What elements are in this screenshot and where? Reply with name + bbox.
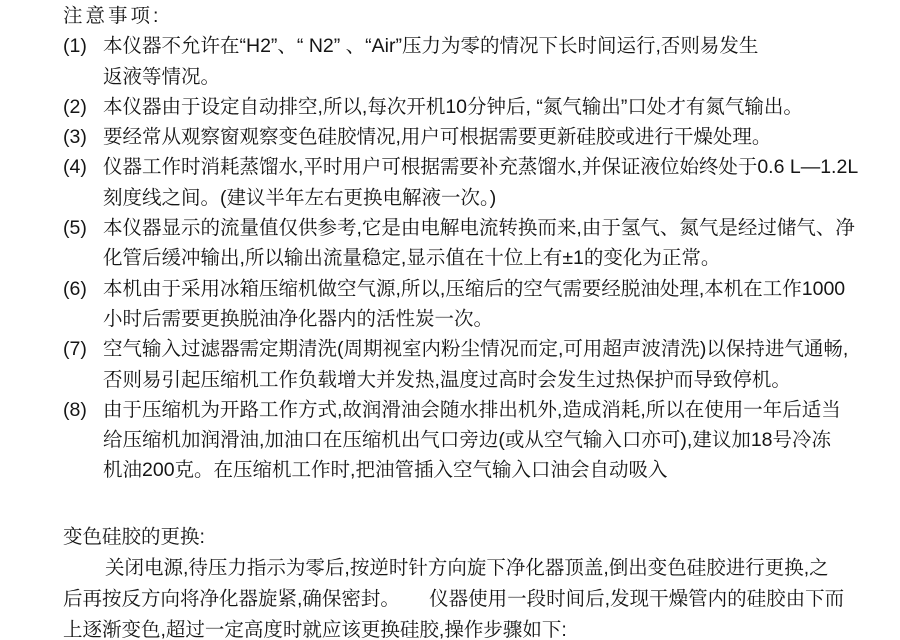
note-item-1: (1)本仪器不允许在“H2”、“ N2” 、“Air”压力为零的情况下长时间运行…: [63, 31, 864, 92]
silica-paragraph-line: 后再按反方向将净化器旋紧,确保密封。 仪器使用一段时间后,发现干燥管内的硅胶由下…: [63, 584, 864, 615]
notes-title: 注意事项:: [63, 1, 864, 31]
note-item-4: (4)仪器工作时消耗蒸馏水,平时用户可根据需要补充蒸馏水,并保证液位始终处于0.…: [63, 152, 864, 213]
note-item-line: (2)本仪器由于设定自动排空,所以,每次开机10分钟后, “氮气输出”口处才有氮…: [63, 92, 864, 122]
note-item-line: (1)本仪器不允许在“H2”、“ N2” 、“Air”压力为零的情况下长时间运行…: [63, 31, 864, 61]
document-page: 注意事项: (1)本仪器不允许在“H2”、“ N2” 、“Air”压力为零的情况…: [0, 0, 900, 640]
note-item-text: 空气输入过滤器需定期清洗(周期视室内粉尘情况而定,可用超声波清洗)以保持进气通畅…: [103, 338, 848, 360]
silica-text: 上逐渐变色,超过一定高度时就应该更换硅胶,操作步骤如下:: [63, 619, 567, 640]
note-item-line: 否则易引起压缩机工作负载增大并发热,温度过高时会发生过热保护而导致停机。: [63, 365, 864, 395]
note-item-7: (7)空气输入过滤器需定期清洗(周期视室内粉尘情况而定,可用超声波清洗)以保持进…: [63, 334, 864, 395]
note-item-number: (5): [63, 213, 103, 243]
note-item-text: 由于压缩机为开路工作方式,故润滑油会随水排出机外,造成消耗,所以在使用一年后适当: [103, 399, 841, 421]
silica-title: 变色硅胶的更换:: [63, 522, 864, 553]
silica-paragraph-line: 上逐渐变色,超过一定高度时就应该更换硅胶,操作步骤如下:: [63, 615, 864, 640]
note-item-text: 否则易引起压缩机工作负载增大并发热,温度过高时会发生过热保护而导致停机。: [103, 369, 791, 391]
note-item-text: 刻度线之间。(建议半年左右更换电解液一次。): [103, 187, 496, 209]
note-item-2: (2)本仪器由于设定自动排空,所以,每次开机10分钟后, “氮气输出”口处才有氮…: [63, 92, 864, 122]
note-item-8: (8)由于压缩机为开路工作方式,故润滑油会随水排出机外,造成消耗,所以在使用一年…: [63, 395, 864, 486]
note-item-line: 返液等情况。: [63, 62, 864, 92]
note-item-6: (6)本机由于采用冰箱压缩机做空气源,所以,压缩后的空气需要经脱油处理,本机在工…: [63, 274, 864, 335]
note-item-line: (4)仪器工作时消耗蒸馏水,平时用户可根据需要补充蒸馏水,并保证液位始终处于0.…: [63, 152, 864, 182]
note-item-text: 化管后缓冲输出,所以输出流量稳定,显示值在十位上有±1的变化为正常。: [103, 247, 720, 269]
note-item-line: (6)本机由于采用冰箱压缩机做空气源,所以,压缩后的空气需要经脱油处理,本机在工…: [63, 274, 864, 304]
note-item-number: (2): [63, 92, 103, 122]
note-item-text: 要经常从观察窗观察变色硅胶情况,用户可根据需要更新硅胶或进行干燥处理。: [103, 126, 771, 148]
note-item-text: 本仪器由于设定自动排空,所以,每次开机10分钟后, “氮气输出”口处才有氮气输出…: [103, 96, 803, 118]
note-item-line: 刻度线之间。(建议半年左右更换电解液一次。): [63, 183, 864, 213]
note-item-number: (7): [63, 334, 103, 364]
note-item-number: (4): [63, 152, 103, 182]
note-item-line: (7)空气输入过滤器需定期清洗(周期视室内粉尘情况而定,可用超声波清洗)以保持进…: [63, 334, 864, 364]
note-item-line: (8)由于压缩机为开路工作方式,故润滑油会随水排出机外,造成消耗,所以在使用一年…: [63, 395, 864, 425]
silica-section: 变色硅胶的更换: 关闭电源,待压力指示为零后,按逆时针方向旋下净化器顶盖,倒出变…: [63, 522, 864, 640]
note-item-3: (3)要经常从观察窗观察变色硅胶情况,用户可根据需要更新硅胶或进行干燥处理。: [63, 122, 864, 152]
note-item-text: 本仪器显示的流量值仅供参考,它是由电解电流转换而来,由于氢气、氮气是经过储气、净: [103, 217, 855, 239]
note-item-text: 返液等情况。: [103, 66, 220, 88]
note-item-line: (5)本仪器显示的流量值仅供参考,它是由电解电流转换而来,由于氢气、氮气是经过储…: [63, 213, 864, 243]
note-item-5: (5)本仪器显示的流量值仅供参考,它是由电解电流转换而来,由于氢气、氮气是经过储…: [63, 213, 864, 274]
note-item-number: (3): [63, 122, 103, 152]
note-item-line: 小时后需要更换脱油净化器内的活性炭一次。: [63, 304, 864, 334]
note-item-line: 化管后缓冲输出,所以输出流量稳定,显示值在十位上有±1的变化为正常。: [63, 243, 864, 273]
note-item-text: 本仪器不允许在“H2”、“ N2” 、“Air”压力为零的情况下长时间运行,否则…: [103, 35, 758, 57]
note-item-line: 机油200克。在压缩机工作时,把油管插入空气输入口油会自动吸入: [63, 455, 864, 485]
silica-text: 后再按反方向将净化器旋紧,确保密封。 仪器使用一段时间后,发现干燥管内的硅胶由下…: [63, 588, 844, 610]
note-item-line: (3)要经常从观察窗观察变色硅胶情况,用户可根据需要更新硅胶或进行干燥处理。: [63, 122, 864, 152]
note-item-text: 给压缩机加润滑油,加油口在压缩机出气口旁边(或从空气输入口亦可),建议加18号冷…: [103, 429, 831, 451]
note-item-text: 仪器工作时消耗蒸馏水,平时用户可根据需要补充蒸馏水,并保证液位始终处于0.6 L…: [103, 156, 858, 178]
note-item-text: 本机由于采用冰箱压缩机做空气源,所以,压缩后的空气需要经脱油处理,本机在工作10…: [103, 278, 845, 300]
note-item-line: 给压缩机加润滑油,加油口在压缩机出气口旁边(或从空气输入口亦可),建议加18号冷…: [63, 425, 864, 455]
silica-paragraph-line: 关闭电源,待压力指示为零后,按逆时针方向旋下净化器顶盖,倒出变色硅胶进行更换,之: [63, 553, 864, 584]
note-item-number: (6): [63, 274, 103, 304]
note-item-number: (8): [63, 395, 103, 425]
note-item-number: (1): [63, 31, 103, 61]
note-item-text: 小时后需要更换脱油净化器内的活性炭一次。: [103, 308, 493, 330]
note-item-text: 机油200克。在压缩机工作时,把油管插入空气输入口油会自动吸入: [103, 459, 667, 481]
silica-text: 关闭电源,待压力指示为零后,按逆时针方向旋下净化器顶盖,倒出变色硅胶进行更换,之: [105, 557, 829, 579]
